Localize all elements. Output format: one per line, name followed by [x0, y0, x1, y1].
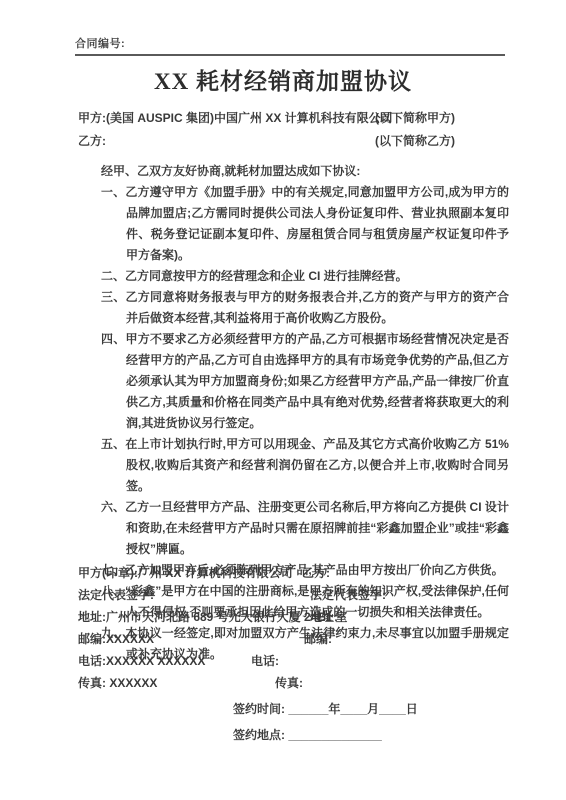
phone-row: 电话:XXXXXX XXXXXX 电话: — [78, 652, 536, 674]
clause-5-number: 五、 — [101, 437, 125, 451]
clause-1: 一、乙方遵守甲方《加盟手册》中的有关规定,同意加盟甲方公司,成为甲方的品牌加盟店… — [101, 182, 509, 266]
party-b-shortname-note: (以下简称乙方) — [375, 130, 455, 153]
signing-place-field: 签约地点: ______________ — [233, 728, 382, 742]
clause-5-text: 在上市计划执行时,甲方可以用现金、产品及其它方式高价收购乙方 51%股权,收购后… — [125, 437, 509, 493]
party-b-address-label: 地址: — [310, 608, 338, 625]
party-b-fax-label: 传真: — [275, 674, 303, 691]
party-a-phone: 电话:XXXXXX XXXXXX — [78, 654, 205, 668]
clause-6-number: 六、 — [101, 500, 125, 514]
clause-2-number: 二、 — [101, 269, 125, 283]
clause-3-number: 三、 — [101, 290, 126, 304]
signing-place-row: 签约地点: ______________ — [78, 726, 536, 748]
party-a-rep-signature-label: 法定代表签字: — [78, 588, 154, 602]
address-row: 地址:广州市天河北路 689 号光大银行大厦 24E1 室 地址: — [78, 608, 536, 630]
signing-date-row: 签约时间: ______年____月____日 — [78, 700, 536, 722]
party-b-rep-signature-label: 法定代表签字: — [310, 586, 386, 603]
parties-section: 甲方:(美国 AUSPIC 集团)中国广州 XX 计算机科技有限公司 (以下简称… — [78, 107, 526, 153]
fax-row: 传真: XXXXXX 传真: — [78, 674, 536, 696]
clause-1-text: 乙方遵守甲方《加盟手册》中的有关规定,同意加盟甲方公司,成为甲方的品牌加盟店;乙… — [125, 185, 509, 262]
agreement-intro: 经甲、乙双方友好协商,就耗材加盟达成如下协议: — [101, 161, 509, 182]
party-a-shortname-note: (以下简称甲方) — [375, 107, 455, 130]
party-b-phone-label: 电话: — [251, 652, 279, 669]
clause-5: 五、在上市计划执行时,甲方可以用现金、产品及其它方式高价收购乙方 51%股权,收… — [101, 434, 509, 497]
party-a-fax: 传真: XXXXXX — [78, 676, 157, 690]
party-a-name: 甲方:(美国 AUSPIC 集团)中国广州 XX 计算机科技有限公司 — [78, 111, 393, 125]
clause-4-text: 甲方不要求乙方必须经营甲方的产品,乙方可根据市场经营情况决定是否经营甲方的产品,… — [126, 332, 509, 430]
contract-number-label: 合同编号: — [75, 38, 125, 50]
legal-rep-row: 法定代表签字: 法定代表签字: — [78, 586, 536, 608]
party-b-sign-label: 乙方: — [302, 564, 330, 581]
signature-section: 甲方(印章):广州 XX 计算机科技有限公司 乙方: 法定代表签字: 法定代表签… — [78, 558, 536, 748]
signing-date-field: 签约时间: ______年____月____日 — [233, 702, 418, 716]
clause-1-number: 一、 — [101, 185, 125, 199]
party-a-address: 地址:广州市天河北路 689 号光大银行大厦 24E1 室 — [78, 610, 347, 624]
clause-4: 四、甲方不要求乙方必须经营甲方的产品,乙方可根据市场经营情况决定是否经营甲方的产… — [101, 329, 509, 434]
party-a-zip: 邮编:XXXXXX — [78, 632, 154, 646]
seal-row: 甲方(印章):广州 XX 计算机科技有限公司 乙方: — [78, 564, 536, 586]
contract-number-field: 合同编号: — [75, 35, 505, 56]
clause-6-text: 乙方一旦经营甲方产品、注册变更公司名称后,甲方将向乙方提供 CI 设计和资助,在… — [125, 500, 509, 556]
party-b-name: 乙方: — [78, 134, 106, 148]
clause-3: 三、乙方同意将财务报表与甲方的财务报表合并,乙方的资产与甲方的资产合并后做资本经… — [101, 287, 509, 329]
contract-document-page: 合同编号: XX 耗材经销商加盟协议 甲方:(美国 AUSPIC 集团)中国广州… — [0, 0, 566, 800]
clause-6: 六、乙方一旦经营甲方产品、注册变更公司名称后,甲方将向乙方提供 CI 设计和资助… — [101, 497, 509, 560]
party-b-row: 乙方: (以下简称乙方) — [78, 130, 526, 153]
clause-2: 二、乙方同意按甲方的经营理念和企业 CI 进行挂牌经营。 — [101, 266, 509, 287]
party-a-seal-label: 甲方(印章):广州 XX 计算机科技有限公司 — [78, 566, 293, 580]
party-b-zip-label: 邮编: — [304, 630, 332, 647]
party-a-row: 甲方:(美国 AUSPIC 集团)中国广州 XX 计算机科技有限公司 (以下简称… — [78, 107, 526, 130]
clause-4-number: 四、 — [101, 332, 126, 346]
document-title: XX 耗材经销商加盟协议 — [0, 63, 566, 96]
clause-2-text: 乙方同意按甲方的经营理念和企业 CI 进行挂牌经营。 — [125, 269, 408, 283]
clause-3-text: 乙方同意将财务报表与甲方的财务报表合并,乙方的资产与甲方的资产合并后做资本经营,… — [126, 290, 509, 325]
zip-row: 邮编:XXXXXX 邮编: — [78, 630, 536, 652]
